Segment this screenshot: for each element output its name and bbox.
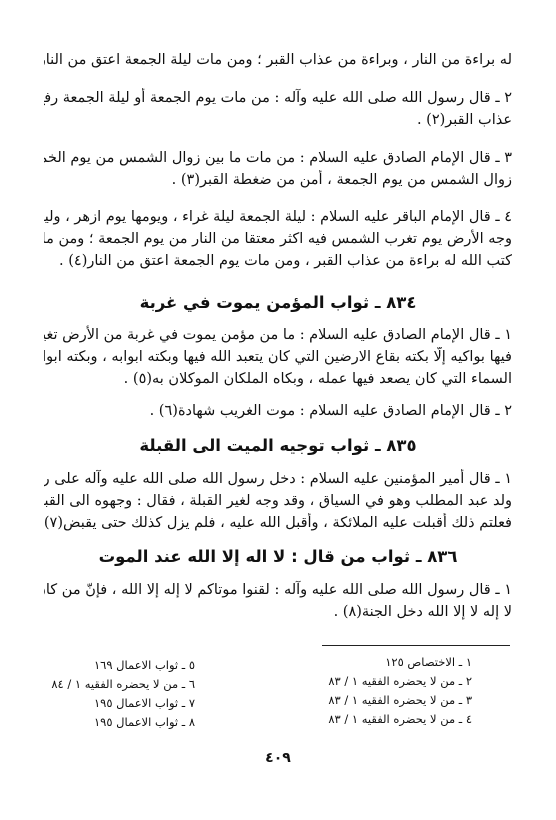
footnote: ٤ ـ من لا يحضره الفقيه ١ / ٨٣ — [328, 711, 472, 727]
hadith-line: وجه الأرض يوم تغرب الشمس فيه اكثر معتقا … — [44, 229, 512, 249]
hadith-line: ١ ـ قال أمير المؤمنين عليه السلام : دخل … — [44, 469, 512, 489]
text-line: له براءة من النار ، وبراءة من عذاب القبر… — [44, 50, 512, 70]
hadith-line: السماء التي كان يصعد فيها عمله ، وبكاه ا… — [44, 369, 512, 389]
footnote: ٣ ـ من لا يحضره الفقيه ١ / ٨٣ — [328, 692, 472, 708]
hadith-line: ٣ ـ قال الإمام الصادق عليه السلام : من م… — [44, 148, 512, 168]
section-heading: ٨٣٤ ـ ثواب المؤمن يموت في غربة — [0, 292, 556, 314]
hadith-line: زوال الشمس من يوم الجمعة ، أمن من ضغطة ا… — [44, 170, 512, 190]
hadith-line: ٤ ـ قال الإمام الباقر عليه السلام : ليلة… — [44, 207, 512, 227]
book-page: له براءة من النار ، وبراءة من عذاب القبر… — [0, 0, 556, 820]
hadith-line: كتب الله له براءة من عذاب القبر ، ومن ما… — [44, 251, 512, 271]
hadith-line: ١ ـ قال رسول الله صلى الله عليه وآله : ل… — [44, 580, 512, 600]
footnote: ٢ ـ من لا يحضره الفقيه ١ / ٨٣ — [328, 673, 472, 689]
hadith-line: ٢ ـ قال الإمام الصادق عليه السلام : موت … — [44, 401, 512, 421]
footnote: ٨ ـ ثواب الاعمال ١٩٥ — [94, 714, 195, 730]
hadith-line: ولد عبد المطلب وهو في السياق ، وقد وجه ل… — [44, 491, 512, 511]
hadith-line: لا إله لا إلا الله دخل الجنة(٨) . — [44, 602, 512, 622]
section-heading: ٨٣٥ ـ ثواب توجيه الميت الى القبلة — [0, 435, 556, 457]
footnote: ٦ ـ من لا يحضره الفقيه ١ / ٨٤ — [51, 676, 195, 692]
footnote-divider — [322, 645, 510, 646]
hadith-line: فعلتم ذلك أقبلت عليه الملائكة ، وأقبل ال… — [44, 513, 512, 533]
hadith-line: فيها بواكيه إلّا بكته بقاع الارضين التي … — [44, 347, 512, 367]
section-heading: ٨٣٦ ـ ثواب من قال : لا اله إلا الله عند … — [0, 546, 556, 568]
footnote: ٧ ـ ثواب الاعمال ١٩٥ — [94, 695, 195, 711]
footnote: ٥ ـ ثواب الاعمال ١٦٩ — [94, 657, 195, 673]
footnote: ١ ـ الاختصاص ١٢٥ — [385, 654, 472, 670]
page-number: ٤٠٩ — [0, 750, 556, 766]
hadith-line: ١ ـ قال الإمام الصادق عليه السلام : ما م… — [44, 325, 512, 345]
hadith-line: ٢ ـ قال رسول الله صلى الله عليه وآله : م… — [44, 88, 512, 108]
hadith-line: عذاب القبر(٢) . — [44, 110, 512, 130]
